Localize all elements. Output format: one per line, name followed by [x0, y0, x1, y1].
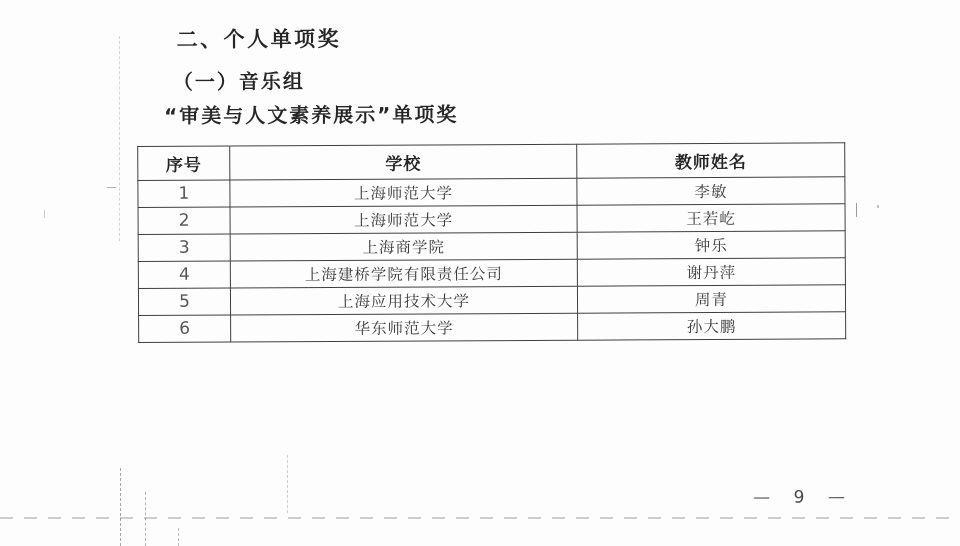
cell-index: 4 — [138, 261, 230, 288]
cell-school: 上海商学院 — [230, 232, 577, 261]
page-number-value: 9 — [794, 488, 805, 508]
cell-school: 上海师范大学 — [230, 178, 577, 207]
cell-school: 上海应用技术大学 — [230, 286, 577, 315]
award-heading: “审美与人文素养展示”单项奖 — [164, 98, 458, 129]
cell-teacher: 周青 — [577, 285, 845, 313]
cell-teacher: 王若屹 — [577, 204, 845, 232]
table-row: 4 上海建桥学院有限责任公司 谢丹萍 — [138, 258, 845, 289]
cell-index: 1 — [138, 180, 230, 207]
page-number: — 9 — — [753, 487, 845, 507]
cell-index: 3 — [138, 234, 230, 261]
table-body: 1 上海师范大学 李敏 2 上海师范大学 王若屹 3 上海商学院 钟乐 4 上海… — [138, 177, 846, 343]
cell-school: 华东师范大学 — [231, 313, 578, 342]
cell-teacher: 孙大鹏 — [578, 312, 846, 340]
column-header-school: 学校 — [230, 144, 577, 180]
cell-school: 上海师范大学 — [230, 205, 577, 234]
section-heading: 二、个人单项奖 — [177, 23, 342, 54]
cell-teacher: 李敏 — [577, 177, 845, 205]
cell-index: 6 — [139, 315, 231, 342]
cell-index: 5 — [138, 288, 230, 315]
table-row: 6 华东师范大学 孙大鹏 — [139, 312, 846, 343]
column-header-index: 序号 — [138, 146, 230, 180]
awards-table: 序号 学校 教师姓名 1 上海师范大学 李敏 2 上海师范大学 王若屹 3 — [137, 142, 846, 343]
table-row: 5 上海应用技术大学 周青 — [138, 285, 845, 316]
table-row: 3 上海商学院 钟乐 — [138, 231, 845, 262]
cell-teacher: 谢丹萍 — [577, 258, 845, 286]
table-row: 1 上海师范大学 李敏 — [138, 177, 845, 208]
cell-index: 2 — [138, 207, 230, 234]
document-page: 二、个人单项奖 （一）音乐组 “审美与人文素养展示”单项奖 序号 学校 教师姓名… — [0, 0, 960, 546]
table-header-row: 序号 学校 教师姓名 — [138, 143, 845, 181]
cell-teacher: 钟乐 — [577, 231, 845, 259]
column-header-teacher: 教师姓名 — [577, 143, 845, 178]
page-number-dash-left: — — [753, 488, 770, 508]
page-number-dash-right: — — [828, 487, 845, 507]
page-content: 二、个人单项奖 （一）音乐组 “审美与人文素养展示”单项奖 序号 学校 教师姓名… — [0, 0, 960, 546]
table-row: 2 上海师范大学 王若屹 — [138, 204, 845, 235]
cell-school: 上海建桥学院有限责任公司 — [230, 259, 577, 288]
group-heading: （一）音乐组 — [173, 65, 305, 95]
